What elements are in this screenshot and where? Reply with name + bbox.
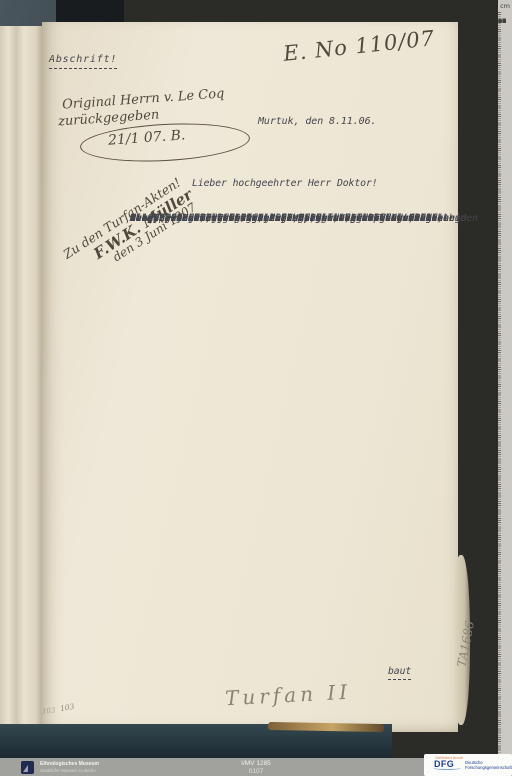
ruler-cm-label: 35 bbox=[498, 0, 508, 21]
letter-closing-word: baut bbox=[388, 666, 411, 680]
book-cover-shadow bbox=[56, 0, 124, 24]
dfg-logo: Gefördert durch DFG Deutsche Forschungsg… bbox=[424, 754, 512, 776]
scanned-letter-page: Abschrift! E. No 110/07 Original Herrn v… bbox=[0, 0, 512, 776]
page-stack-edge bbox=[0, 26, 46, 736]
letter-paper bbox=[42, 22, 458, 732]
dfg-swoosh-icon bbox=[433, 766, 461, 770]
letter-dateline: Murtuk, den 8.11.06. bbox=[258, 116, 376, 127]
letter-salutation: Lieber hochgeehrter Herr Doktor! bbox=[192, 178, 378, 189]
funder-name-line2: Forschungsgemeinschaft bbox=[465, 766, 512, 771]
copy-stamp: Abschrift! bbox=[49, 54, 117, 69]
cm-ruler: cm 1234567891011121314151617181920212223… bbox=[498, 0, 512, 756]
letter-body-line: ratsjon (Generation) wieder auf den alte… bbox=[130, 210, 443, 228]
ruler-mm-ticks bbox=[498, 12, 501, 756]
pencil-corner-mark: 103 bbox=[42, 706, 56, 715]
